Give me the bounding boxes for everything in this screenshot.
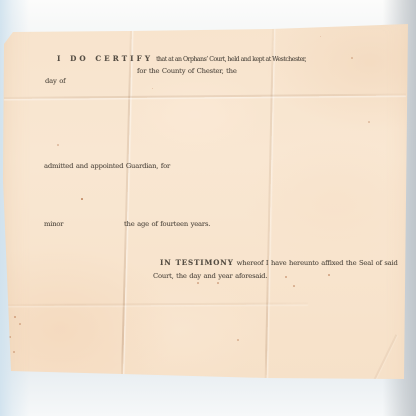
foxing-spot <box>19 323 21 325</box>
foxing-spot <box>152 88 153 89</box>
testimony-line: IN TESTIMONYwhereof I have hereunto affi… <box>160 259 398 267</box>
foxing-spot <box>57 144 59 146</box>
foxing-spot <box>9 336 11 338</box>
foxing-spot <box>351 57 353 59</box>
foxing-spot <box>320 36 321 37</box>
testimony-lead-text: IN TESTIMONY <box>160 258 234 267</box>
corner-crease <box>373 334 398 382</box>
county-line: for the County of Chester, the <box>137 68 237 75</box>
testimony-rest-text: whereof I have hereunto affixed the Seal… <box>237 259 398 267</box>
photo-backdrop: I DO CERTIFYthat at an Orphans’ Court, h… <box>0 0 416 416</box>
foxing-spot <box>13 351 15 353</box>
foxing-spot <box>237 339 239 341</box>
guardian-line: admitted and appointed Guardian, for <box>44 163 170 170</box>
certify-rest-text: that at an Orphans’ Court, held and kept… <box>156 56 306 63</box>
foxing-spot <box>328 274 330 276</box>
vertical-fold-crease-right <box>265 29 274 380</box>
certify-lead-text: I DO CERTIFY <box>57 54 153 63</box>
day-of-label: day of <box>45 78 65 85</box>
certify-line: I DO CERTIFYthat at an Orphans’ Court, h… <box>57 55 306 63</box>
vertical-fold-crease-left <box>121 30 132 376</box>
foxing-spot <box>368 121 370 123</box>
document-paper: I DO CERTIFYthat at an Orphans’ Court, h… <box>0 0 416 416</box>
foxing-spot <box>14 316 16 318</box>
minor-label: minor <box>44 221 63 228</box>
foxing-spot <box>293 285 295 287</box>
foxing-spot <box>197 282 199 284</box>
age-line: the age of fourteen years. <box>124 221 210 228</box>
foxing-spot <box>81 198 83 200</box>
horizontal-fold-crease-top <box>4 93 406 99</box>
foxing-spot <box>217 282 219 284</box>
foxing-spot <box>285 276 287 278</box>
horizontal-fold-crease-bottom <box>8 302 308 306</box>
testimony-line2: Court, the day and year aforesaid. <box>153 273 267 280</box>
